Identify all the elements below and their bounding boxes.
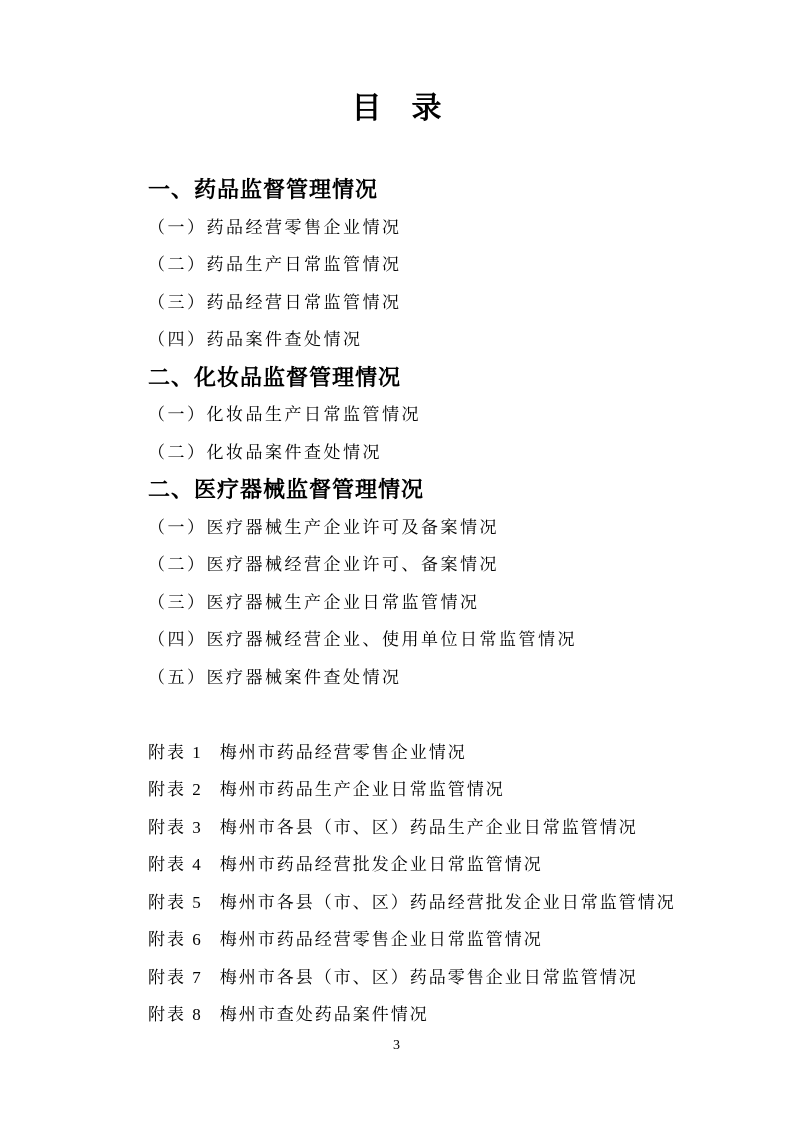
toc-item: （三）医疗器械生产企业日常监管情况	[148, 584, 693, 622]
appendix-label: 附表 5	[148, 884, 203, 922]
toc-item: （二）医疗器械经营企业许可、备案情况	[148, 546, 693, 584]
appendix-item: 附表 2梅州市药品生产企业日常监管情况	[148, 771, 693, 809]
appendix-label: 附表 3	[148, 809, 203, 847]
appendix-label: 附表 2	[148, 771, 203, 809]
toc-section-heading-drugs: 一、药品监督管理情况	[148, 171, 693, 209]
appendix-title: 梅州市药品经营零售企业情况	[220, 734, 467, 772]
appendix-item: 附表 1梅州市药品经营零售企业情况	[148, 734, 693, 772]
appendix-label: 附表 6	[148, 921, 203, 959]
appendix-label: 附表 8	[148, 996, 203, 1034]
appendix-title: 梅州市各县（市、区）药品生产企业日常监管情况	[220, 809, 638, 847]
toc-item: （二）药品生产日常监管情况	[148, 246, 693, 284]
toc-item: （四）医疗器械经营企业、使用单位日常监管情况	[148, 621, 693, 659]
appendix-label: 附表 7	[148, 959, 203, 997]
appendix-list: 附表 1梅州市药品经营零售企业情况 附表 2梅州市药品生产企业日常监管情况 附表…	[148, 734, 693, 1034]
appendix-item: 附表 3梅州市各县（市、区）药品生产企业日常监管情况	[148, 809, 693, 847]
toc-item: （五）医疗器械案件查处情况	[148, 659, 693, 697]
page-title: 目 录	[0, 0, 793, 126]
appendix-label: 附表 4	[148, 846, 203, 884]
toc-item: （一）药品经营零售企业情况	[148, 209, 693, 247]
appendix-title: 梅州市各县（市、区）药品零售企业日常监管情况	[220, 959, 638, 997]
appendix-item: 附表 7梅州市各县（市、区）药品零售企业日常监管情况	[148, 959, 693, 997]
appendix-item: 附表 5梅州市各县（市、区）药品经营批发企业日常监管情况	[148, 884, 693, 922]
toc-item: （一）化妆品生产日常监管情况	[148, 396, 693, 434]
appendix-title: 梅州市各县（市、区）药品经营批发企业日常监管情况	[220, 884, 676, 922]
appendix-label: 附表 1	[148, 734, 203, 772]
toc-item: （二）化妆品案件查处情况	[148, 434, 693, 472]
table-of-contents: 一、药品监督管理情况 （一）药品经营零售企业情况 （二）药品生产日常监管情况 （…	[148, 171, 693, 1034]
appendix-title: 梅州市药品经营批发企业日常监管情况	[220, 846, 543, 884]
toc-item: （三）药品经营日常监管情况	[148, 284, 693, 322]
blank-line	[148, 696, 693, 734]
toc-section-heading-cosmetics: 二、化妆品监督管理情况	[148, 359, 693, 397]
toc-section-heading-medical-devices: 二、医疗器械监督管理情况	[148, 471, 693, 509]
appendix-title: 梅州市查处药品案件情况	[220, 996, 429, 1034]
appendix-title: 梅州市药品生产企业日常监管情况	[220, 771, 505, 809]
appendix-item: 附表 4梅州市药品经营批发企业日常监管情况	[148, 846, 693, 884]
appendix-item: 附表 8梅州市查处药品案件情况	[148, 996, 693, 1034]
page-number: 3	[0, 1038, 793, 1054]
appendix-title: 梅州市药品经营零售企业日常监管情况	[220, 921, 543, 959]
toc-item: （一）医疗器械生产企业许可及备案情况	[148, 509, 693, 547]
toc-item: （四）药品案件查处情况	[148, 321, 693, 359]
appendix-item: 附表 6梅州市药品经营零售企业日常监管情况	[148, 921, 693, 959]
document-page: 目 录 一、药品监督管理情况 （一）药品经营零售企业情况 （二）药品生产日常监管…	[0, 0, 793, 1122]
